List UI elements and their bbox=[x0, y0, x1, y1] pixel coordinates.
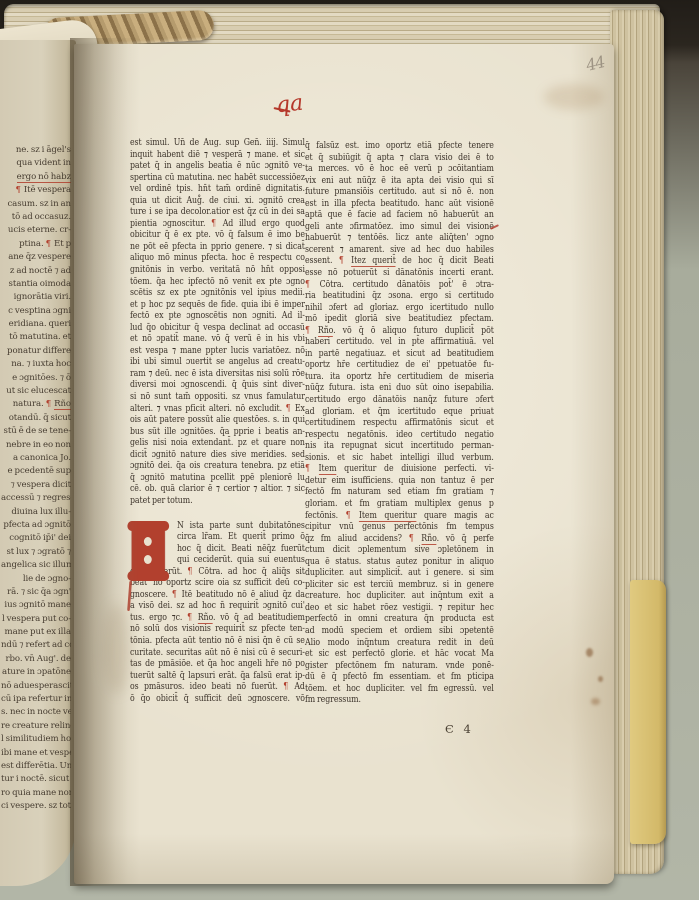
text-line: et p hoc pz sequēs de fide. quia ibi ē i… bbox=[130, 300, 305, 312]
text-line: aliquo mō minus pfecta. hoc ē respectu c… bbox=[130, 253, 305, 265]
text-line: bus sūt ille ɔgnitōes. q̄a pprie i beati… bbox=[130, 427, 305, 439]
text-line: est simul. Un̄ de Aug. sup Gen̄. iiij. S… bbox=[130, 138, 305, 150]
text-line: qua ē status. status autez ponitur in al… bbox=[305, 557, 494, 569]
bookmark-tab bbox=[630, 580, 666, 844]
text-line: haberi certitudo. vel in pt̄e affirmatiu… bbox=[305, 337, 494, 349]
text-line: tuerūt saltē q̄ lapsuri erāt. q̄a falsū … bbox=[130, 671, 305, 683]
initial-dot bbox=[144, 537, 152, 546]
stain-spot bbox=[586, 648, 593, 657]
text-line: obicitur q̄ ē ex pte. vō q̄ falsum ē imo… bbox=[130, 230, 305, 242]
text-line: vel ordinē tpis. hn̄t tam̄ ordinē dignit… bbox=[130, 184, 305, 196]
text-line: ɔgnitō dei. q̄a ois creatura tenebra. pz… bbox=[130, 461, 305, 473]
photo-of-open-incunable: { "photo": { "quire_mark": "qa", "folio_… bbox=[0, 0, 699, 900]
text-line: l vespera put co- bbox=[1, 613, 71, 626]
text-line: ndū ⁊ refert ad co bbox=[1, 639, 71, 652]
text-line: ci vespere. sz totū bbox=[1, 800, 71, 813]
text-line: s. nec in nocte vet bbox=[1, 706, 71, 719]
text-line: na. ⁊ iuxta hoc bbox=[1, 358, 71, 371]
text-line: ergo nō habz bbox=[1, 171, 71, 184]
text-line: nebre in eo non bbox=[1, 439, 71, 452]
text-line: ne. sz i āgel's bbox=[1, 144, 71, 157]
text-line: stantia oimoda bbox=[1, 278, 71, 291]
text-line: accessū ⁊ regres- bbox=[1, 492, 71, 505]
text-line: creature. hoc dupliciter. aut inq̄ntum e… bbox=[305, 591, 494, 603]
text-line: rā. ⁊ sic q̄a ɔgn' bbox=[1, 586, 71, 599]
text-line: scētis sz ex pte ɔgnitōnis vel ipius med… bbox=[130, 288, 305, 300]
text-line: gelis nisi noia extendant̄. pz et quare … bbox=[130, 438, 305, 450]
stain-spot bbox=[104, 604, 130, 694]
manuscript-page: qa 44 est simul. Un̄ de Aug. sup Gen̄. i… bbox=[74, 44, 614, 884]
text-line: esse nō potuerūt si dānatōnis incerti er… bbox=[305, 268, 494, 280]
text-line: eridiana. queri bbox=[1, 318, 71, 331]
quire-mark: qa bbox=[275, 91, 305, 119]
text-line: hoc q̄ dicit. Beati nēq̄z fuerūt bbox=[177, 544, 305, 556]
right-text-column: q̄ falsūz est. imo oportz etiā pfecte te… bbox=[305, 141, 494, 707]
text-line: ¶ Rño. vō q̄ ō aliquo futuro duplicit̄ p… bbox=[305, 326, 494, 338]
text-line: lud q̄o obicitur q̄ vespa declinat ad oc… bbox=[130, 323, 305, 335]
text-line: ignorātia viri. bbox=[1, 291, 71, 304]
text-line: tōem. q̄a hec ipfectō nō venit ex pte ɔg… bbox=[130, 277, 305, 289]
text-line: ponatur differe bbox=[1, 345, 71, 358]
text-line: ram ⁊ deū. nec ē ista diversitas nisi so… bbox=[130, 369, 305, 381]
text-line: gloriam. et fm gratiam multiplex genus p bbox=[305, 499, 494, 511]
text-line: patet q̄ in angelis beatia ē nūc ɔgnitō … bbox=[130, 161, 305, 173]
text-line: gnoscere. ¶ Itē beatitudo nō ē aliud q̄z… bbox=[130, 590, 305, 602]
text-line: fectōnis. ¶ Item queritur quare magis ac bbox=[305, 511, 494, 523]
left-text-column: est simul. Un̄ de Aug. sup Gen̄. iiij. S… bbox=[130, 138, 305, 705]
text-line: ta merces. vō ē hoc eē verū p ɔcōitantia… bbox=[305, 164, 494, 176]
text-line: ucis eterne. cr- bbox=[1, 224, 71, 237]
previous-leaf-edge: ne. sz i āgel'squa vident inergo nō habz… bbox=[0, 40, 76, 886]
text-line: Alio modo inq̄ntum creatura redit in deū bbox=[305, 638, 494, 650]
text-line: fectō fm naturam sed etiam fm gratiam ⁊ bbox=[305, 487, 494, 499]
text-line: future pmansiōis certitudo. aut si nō ē.… bbox=[305, 187, 494, 199]
text-line: l similitudiem ho- bbox=[1, 733, 71, 746]
text-line: ois aūt patere possūt alie questōes. s. … bbox=[130, 415, 305, 427]
text-line: ō q̄o obicit̄ q̄ sufficit deū ɔgnoscere.… bbox=[130, 694, 305, 706]
text-line: ne pōt eē pfecta in pprio genere. ⁊ si d… bbox=[130, 242, 305, 254]
text-line: tas de pmāsiōe. et q̄a hoc angeli hr̄e n… bbox=[130, 659, 305, 671]
text-line: z ad noctē ⁊ ad bbox=[1, 265, 71, 278]
text-line: scerent ⁊ amarent. sive ad hec duo habil… bbox=[305, 245, 494, 257]
left-column-part2: I N ista parte sunt dubitatōnescirca lr̄… bbox=[130, 521, 305, 706]
text-line: quia ut dicit Aug̊. de ciui. xi. ɔgnitō … bbox=[130, 196, 305, 208]
text-line: habuerūt ⁊ tentōēs. licz ante aliq̄ten' … bbox=[305, 233, 494, 245]
previous-leaf-text: ne. sz i āgel'squa vident inergo nō habz… bbox=[1, 144, 71, 814]
text-line: perfectō in omni creatura q̄n producta e… bbox=[305, 614, 494, 626]
stain-spot bbox=[598, 676, 603, 682]
text-line: et nō ɔpatit̄ mane. vō q̄ verū ē in his … bbox=[130, 334, 305, 346]
text-line: casum. sz in an bbox=[1, 198, 71, 211]
text-line: nō aduesperascit. bbox=[1, 680, 71, 693]
text-line: circa lr̄am. Et querit̄ primo ō bbox=[177, 532, 305, 544]
text-line: alteri. ⁊ vnas pficit alteri. nō excludi… bbox=[130, 404, 305, 416]
text-line: et q̄ subiūgit q̄ apta ⁊ clara visio dei… bbox=[305, 153, 494, 165]
text-line: nūq̄z futura. ista eni duo sūt oino isep… bbox=[305, 383, 494, 395]
text-line: ature in ɔpatōne bbox=[1, 666, 71, 679]
text-line: si nō sunt tam̄ oppositi. sz vnus famula… bbox=[130, 392, 305, 404]
signature-mark: Є 4 bbox=[445, 722, 474, 736]
text-line: certitudo ergo dānatōis nanq̄z future ɔf… bbox=[305, 395, 494, 407]
text-line: tus. ergo ⁊c. ¶ Rño. vō q̄ ad beatitudie… bbox=[130, 613, 305, 625]
left-column-part1: est simul. Un̄ de Aug. sup Gen̄. iiij. S… bbox=[130, 138, 305, 508]
text-line: stū ē de se tene- bbox=[1, 425, 71, 438]
text-line: ptina. ¶ Et p bbox=[1, 238, 71, 251]
text-line: cū ipa refertur in bbox=[1, 693, 71, 706]
text-line: q̄ falsūz est. imo oportz etiā pfecte te… bbox=[305, 141, 494, 153]
text-line: tōem. et hoc dupliciter. vel fm egressū.… bbox=[305, 684, 494, 696]
text-line: dū ē q̄ pfectō fm essentiam. et fm ptici… bbox=[305, 672, 494, 684]
text-line: vix eni aut nūq̄z ē ita apta dei visio q… bbox=[305, 176, 494, 188]
text-line: os pmāsuros. ideo beati nō fuerūt. ¶ Ad bbox=[130, 682, 305, 694]
text-line: qui ceciderūt. quia sui euentus bbox=[177, 555, 305, 567]
text-line: certitudinem respectu affirmatōnis sicut… bbox=[305, 418, 494, 430]
text-line: pfecta ad ɔgnitō bbox=[1, 519, 71, 532]
text-line: ctum dicit ɔplementum sive ɔpletōnem in bbox=[305, 545, 494, 557]
text-line: ro quia mane non bbox=[1, 787, 71, 800]
folio-number: 44 bbox=[584, 52, 606, 75]
text-line: angelica sic illumi bbox=[1, 559, 71, 572]
text-line: tō ad occasuz. bbox=[1, 211, 71, 224]
text-line: essent. ¶ Itez querit̄ de hoc q̄ dicit B… bbox=[305, 256, 494, 268]
text-line: geli ante ɔfirmatōez. imo simul dei visi… bbox=[305, 222, 494, 234]
text-line: q̄ ɔgnitō matutina pcellit ppē pleniorē … bbox=[130, 473, 305, 485]
text-line: nō solū dos visionis requirit̄ sz pfecte… bbox=[130, 624, 305, 636]
text-line: pientia ɔgnoscitur. ¶ Ad illud ergo quod bbox=[130, 219, 305, 231]
text-line: lie de ɔgno- bbox=[1, 573, 71, 586]
text-line: tur i noctē. sicut in bbox=[1, 773, 71, 786]
text-line: ibi mane et vespe bbox=[1, 747, 71, 760]
text-line: ius ɔgnitō mane bbox=[1, 599, 71, 612]
text-line: c vesptina ɔgni bbox=[1, 305, 71, 318]
lombard-initial-I: I bbox=[132, 523, 165, 579]
text-line: curitate. securitas aūt nō ē nisi cū ē s… bbox=[130, 648, 305, 660]
text-line: e ɔgnitōes. ⁊ ō bbox=[1, 372, 71, 385]
text-line: est in illa pfecta beatitudo. hanc aūt v… bbox=[305, 199, 494, 211]
text-line: et sic est perfectō glorie. et hāc vocat… bbox=[305, 649, 494, 661]
text-line: ut sic elucescat bbox=[1, 385, 71, 398]
text-line: tō matutina. et bbox=[1, 331, 71, 344]
text-line: dicit̄ ɔgnitō nature dies sive meridies.… bbox=[130, 450, 305, 462]
text-line: N ista parte sunt dubitatōnes bbox=[177, 521, 305, 533]
text-line: ⁊ vespera dicit bbox=[1, 479, 71, 492]
text-line: cipitur vnū genus perfectōnis fm tempus bbox=[305, 522, 494, 534]
text-line: inquit habent diē ⁊ vesperā ⁊ mane. et s… bbox=[130, 150, 305, 162]
text-line: respectu negatōnis. ideo certitudo negat… bbox=[305, 430, 494, 442]
text-line: nis ita repugnat sicut incertitudo perma… bbox=[305, 441, 494, 453]
initial-dot bbox=[144, 555, 152, 564]
text-line: qua vident in bbox=[1, 157, 71, 170]
text-line: ria beatitudini q̄z ɔsona. ergo si certi… bbox=[305, 291, 494, 303]
text-line: spertina cū matutina. nec habēt successi… bbox=[130, 173, 305, 185]
text-line: natura. ¶ Rño bbox=[1, 398, 71, 411]
text-line: re creature relinq̄ bbox=[1, 720, 71, 733]
text-line: ¶ Cōtra. certitudo dānatōis pot̄' ē ɔtra… bbox=[305, 280, 494, 292]
text-line: a visō dei. sz ad hoc n̄ requirit̄ ɔgnit… bbox=[130, 601, 305, 613]
text-line: in partē negatiuaz. et sicut ad beatitud… bbox=[305, 349, 494, 361]
text-line: q̄z fm aliud accidens? ¶ Rño. vō q̄ perf… bbox=[305, 534, 494, 546]
text-line: patet per totum. bbox=[130, 496, 305, 508]
text-line: dupliciter. aut simplicit̄. aut i genere… bbox=[305, 568, 494, 580]
text-line: detur eim isufficiens. quia non tantuz ē… bbox=[305, 476, 494, 488]
stain-spot bbox=[544, 84, 604, 110]
text-line: deo et sic habet rōez vestigii. ⁊ repitu… bbox=[305, 603, 494, 615]
text-line: ibi ubi simul ɔuertit se angelus ad crea… bbox=[130, 357, 305, 369]
text-line: otandū. q̄ sicut bbox=[1, 412, 71, 425]
text-line: a canonica Jo. bbox=[1, 452, 71, 465]
text-line: est differētia. Una bbox=[1, 760, 71, 773]
text-line: est vespa ⁊ mane ppter lucis variatōez. … bbox=[130, 346, 305, 358]
stain-spot bbox=[591, 698, 600, 705]
text-line: mane put ex illa bbox=[1, 626, 71, 639]
text-line: ad modū speciem et ordiem sibi ɔpetentē bbox=[305, 626, 494, 638]
text-line: fm regressum. bbox=[305, 695, 494, 707]
text-line: aptā que ē facie ad faciem nō habuerūt a… bbox=[305, 210, 494, 222]
text-line: pliciter sic est terciū membruz. si in g… bbox=[305, 580, 494, 592]
text-line: ¶ Item queritur de diuisione perfecti. v… bbox=[305, 464, 494, 476]
text-line: tōnia. pfecta aūt tentio nō ē nisi q̄n ē… bbox=[130, 636, 305, 648]
text-line: gnitōnis in verbo. veritatā nō hn̄t oppo… bbox=[130, 265, 305, 277]
text-line: mō ipedit gloriā sive beatitudiez pfecta… bbox=[305, 314, 494, 326]
text-line: diversi moi ɔgnoscendi. q̄ q̄uis sint di… bbox=[130, 380, 305, 392]
text-line: oportz hr̄e certitudiez de ei' ppetuatōe… bbox=[305, 360, 494, 372]
text-line: ¶ Itē vespera bbox=[1, 184, 71, 197]
text-line: sionis. et sic habet intelligi illud ver… bbox=[305, 453, 494, 465]
text-line: tura. ita oportz hr̄e certitudiem de mis… bbox=[305, 372, 494, 384]
text-line: rbo. vn̄ Aug'. de bbox=[1, 653, 71, 666]
text-line: ane q̄z vespere bbox=[1, 251, 71, 264]
text-line: fectō ex pte ɔgnoscētis non ɔgniti. Ad i… bbox=[130, 311, 305, 323]
text-line: cognitō ip̄i' dei bbox=[1, 532, 71, 545]
text-line: cē. ob. quā clarior ē ⁊ certior ⁊ altior… bbox=[130, 484, 305, 496]
text-line: gister pfectōnem fm naturam. vnde ponē- bbox=[305, 661, 494, 673]
text-line: st lux ⁊ ɔgratō ⁊ bbox=[1, 546, 71, 559]
text-line: e pcedentē sup bbox=[1, 465, 71, 478]
text-line: ture i se ipa decolor.atior est q̄z cū i… bbox=[130, 207, 305, 219]
text-line: diuina lux illu- bbox=[1, 506, 71, 519]
text-line: ad gloriam. et q̄m icertitudo eque priua… bbox=[305, 407, 494, 419]
text-line: nihil ɔfert ad gloriaz. ergo icertitudo … bbox=[305, 303, 494, 315]
